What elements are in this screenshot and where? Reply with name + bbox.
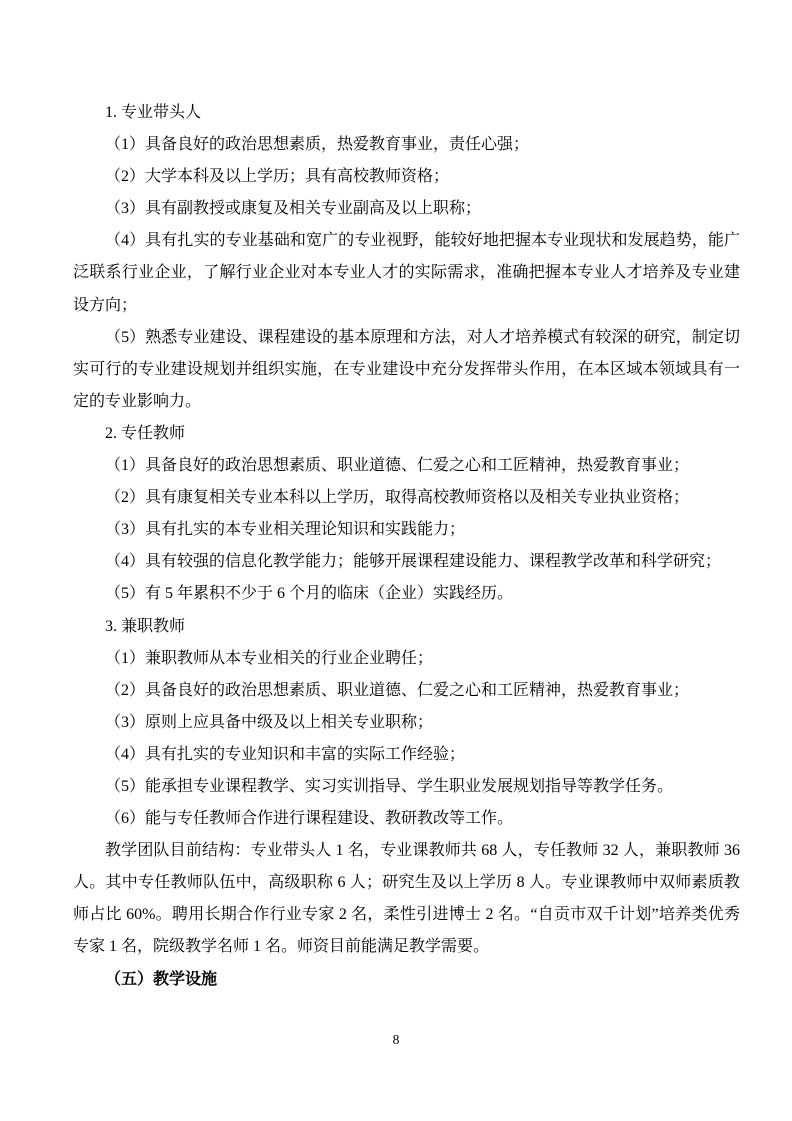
section-3-item-1: （1）兼职教师从本专业相关的行业企业聘任； (73, 643, 740, 675)
section-3-item-3: （3）原则上应具备中级及以上相关专业职称； (73, 707, 740, 739)
document-body: 1. 专业带头人 （1）具备良好的政治思想素质，热爱教育事业，责任心强； （2）… (73, 97, 740, 996)
section-3-item-6: （6）能与专任教师合作进行课程建设、教研教改等工作。 (73, 803, 740, 835)
section-1-item-5: （5）熟悉专业建设、课程建设的基本原理和方法，对人才培养模式有较深的研究，制定切… (73, 322, 740, 418)
section-3-item-4: （4）具有扎实的专业知识和丰富的实际工作经验； (73, 739, 740, 771)
section-1-item-3: （3）具有副教授或康复及相关专业副高及以上职称； (73, 193, 740, 225)
section-2-item-3: （3）具有扎实的本专业相关理论知识和实践能力； (73, 514, 740, 546)
next-section-heading: （五）教学设施 (73, 964, 740, 996)
section-3-item-2: （2）具备良好的政治思想素质、职业道德、仁爱之心和工匠精神，热爱教育事业； (73, 675, 740, 707)
section-1-item-4: （4）具有扎实的专业基础和宽广的专业视野，能较好地把握本专业现状和发展趋势，能广… (73, 225, 740, 321)
section-2-item-4: （4）具有较强的信息化教学能力；能够开展课程建设能力、课程教学改革和科学研究； (73, 546, 740, 578)
section-heading-3: 3. 兼职教师 (73, 611, 740, 643)
section-3-item-5: （5）能承担专业课程教学、实习实训指导、学生职业发展规划指导等教学任务。 (73, 771, 740, 803)
section-heading-1: 1. 专业带头人 (73, 97, 740, 129)
section-1-item-2: （2）大学本科及以上学历；具有高校教师资格； (73, 161, 740, 193)
section-2-item-1: （1）具备良好的政治思想素质、职业道德、仁爱之心和工匠精神，热爱教育事业； (73, 450, 740, 482)
page-number: 8 (0, 1031, 792, 1049)
section-2-item-2: （2）具有康复相关专业本科以上学历，取得高校教师资格以及相关专业执业资格； (73, 482, 740, 514)
document-page: 1. 专业带头人 （1）具备良好的政治思想素质，热爱教育事业，责任心强； （2）… (0, 0, 792, 1121)
team-structure-paragraph: 教学团队目前结构：专业带头人 1 名，专业课教师共 68 人，专任教师 32 人… (73, 835, 740, 963)
section-2-item-5: （5）有 5 年累积不少于 6 个月的临床（企业）实践经历。 (73, 578, 740, 610)
section-heading-2: 2. 专任教师 (73, 418, 740, 450)
section-1-item-1: （1）具备良好的政治思想素质，热爱教育事业，责任心强； (73, 129, 740, 161)
